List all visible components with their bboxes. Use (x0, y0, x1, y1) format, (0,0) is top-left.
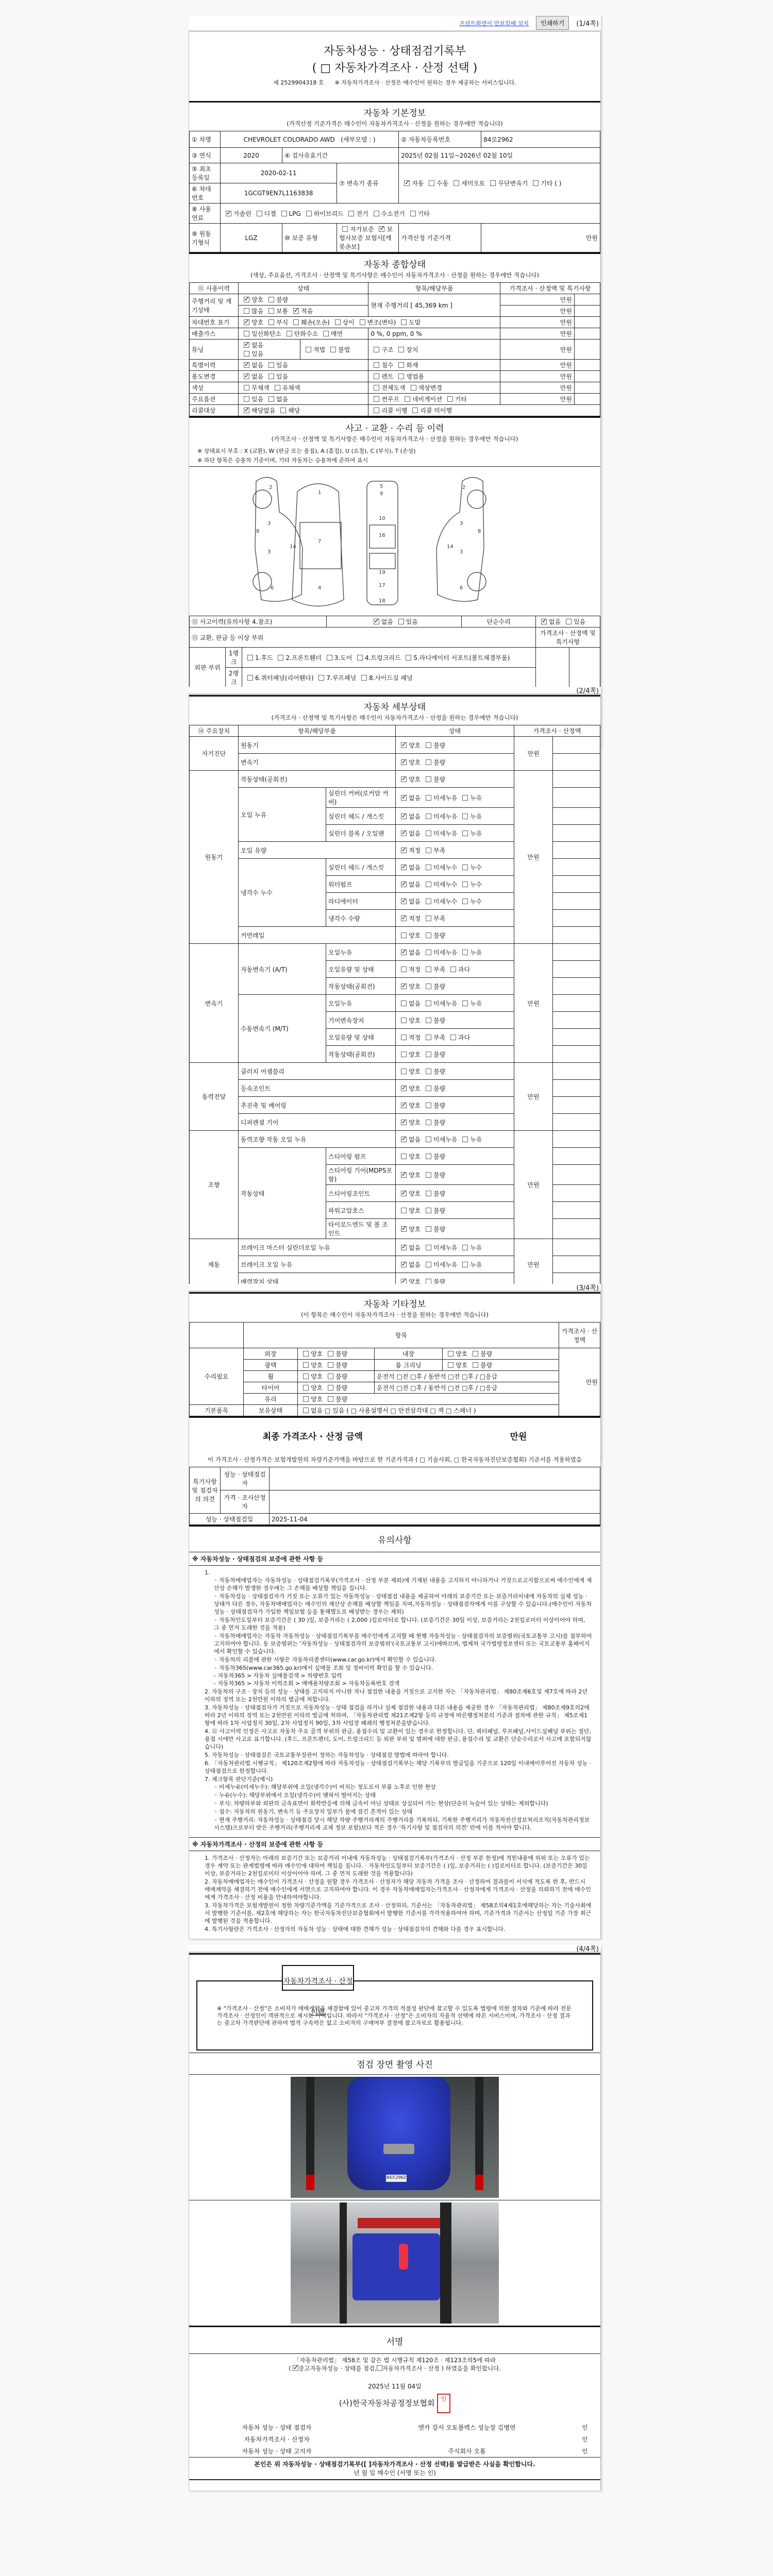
svg-text:17: 17 (379, 583, 385, 588)
checkbox[interactable] (360, 319, 365, 325)
checkbox[interactable] (426, 1226, 431, 1232)
warranty-notes: 1.자동차매매업자는 자동차성능 · 상태점검기록부(가격조사 · 산정 부분 … (189, 1566, 600, 1837)
checkbox[interactable] (244, 374, 249, 379)
checkbox[interactable] (462, 882, 468, 887)
svg-text:10: 10 (379, 516, 385, 521)
checkbox[interactable] (328, 1385, 333, 1391)
checkbox[interactable] (426, 865, 431, 870)
checkbox[interactable] (226, 211, 231, 216)
checkbox[interactable] (426, 1120, 431, 1125)
opinion-table: 특기사항 및 점검자의 의견성능 · 상태점검자 가격 · 조사산정자 성능 ·… (189, 1467, 600, 1525)
checkbox[interactable] (278, 655, 283, 660)
checkbox[interactable] (342, 226, 348, 232)
checkbox[interactable] (327, 655, 332, 660)
checkbox[interactable] (426, 933, 431, 938)
svg-text:3: 3 (267, 521, 271, 527)
checkbox[interactable] (426, 848, 431, 853)
photo-front: 84로2962 (291, 2077, 499, 2198)
checkbox[interactable] (244, 342, 249, 348)
checkbox[interactable] (426, 831, 431, 836)
svg-text:3: 3 (267, 549, 271, 555)
checkbox[interactable] (374, 374, 379, 379)
checkbox[interactable] (426, 984, 431, 989)
transmission-options: 자동 수동 세미오토 무단변속기 기타 ( ) (399, 163, 600, 204)
car-outline-icon: 2338146 174 591016191718 2338146 (241, 471, 550, 610)
svg-text:2: 2 (462, 485, 465, 490)
checkbox[interactable] (401, 795, 407, 801)
checkbox[interactable] (281, 211, 287, 216)
signature-table: 자동차 성능 · 상태 점검자엔카 강서 오토플렉스 성능장 김병연인자동차가격… (189, 2421, 600, 2457)
checkbox[interactable] (462, 1245, 468, 1250)
checkbox[interactable] (426, 1279, 431, 1284)
doc-subtitle: ( □ 자동차가격조사 · 산정 선택 ) (189, 58, 600, 78)
overall-section: 자동차 종합상태 (색상, 주요옵션, 가격조사 · 산정액 및 특기사항은 매… (189, 252, 600, 416)
checkbox[interactable] (401, 831, 407, 836)
checkbox[interactable] (306, 347, 311, 352)
overall-table: ⑪ 사용이력상태항목/해당부품가격조사 · 산정액 및 특기사항주행거리 및 계… (189, 282, 600, 416)
install-link[interactable]: 프린트화면이 안보일때 설치 (459, 19, 529, 27)
checkbox[interactable] (448, 1351, 453, 1357)
checkbox[interactable] (426, 899, 431, 904)
svg-text:1: 1 (318, 490, 321, 496)
checkbox[interactable] (398, 374, 404, 379)
checkbox[interactable] (247, 655, 253, 660)
checkbox[interactable] (401, 865, 407, 870)
checkbox[interactable] (244, 319, 249, 325)
checkbox[interactable] (244, 351, 249, 357)
checkbox[interactable] (401, 759, 407, 765)
checkbox[interactable] (426, 1069, 431, 1074)
svg-text:14: 14 (447, 544, 453, 550)
checkbox[interactable] (268, 396, 274, 402)
checkbox[interactable] (328, 1362, 333, 1368)
page-header: 프린트화면이 안보일때 설치 인쇄하기 (1/4쪽) (189, 15, 601, 32)
checkbox[interactable] (401, 814, 407, 819)
checkbox[interactable] (401, 1208, 407, 1213)
checkbox[interactable] (374, 362, 379, 368)
checkbox[interactable] (426, 742, 431, 748)
checkbox[interactable] (293, 308, 299, 314)
checkbox[interactable] (412, 408, 418, 413)
svg-text:3: 3 (460, 521, 463, 527)
svg-text:6: 6 (460, 585, 463, 591)
checkbox[interactable] (401, 776, 407, 782)
checkbox[interactable] (541, 619, 547, 624)
checkbox[interactable] (328, 1374, 333, 1379)
svg-text:8: 8 (256, 529, 259, 534)
checkbox[interactable] (318, 675, 324, 681)
checkbox[interactable] (293, 319, 299, 325)
checkbox[interactable] (426, 1018, 431, 1023)
checkbox[interactable] (398, 347, 404, 352)
warranty-options: 자가보증 보험사보증 보험사[캐롯손보] (337, 224, 399, 252)
issuer-org: (사)한국자동차공정정보협회 인 (189, 2391, 600, 2421)
checkbox[interactable] (462, 814, 468, 819)
checkbox[interactable] (426, 882, 431, 887)
svg-text:16: 16 (379, 533, 385, 538)
checkbox[interactable] (401, 1226, 407, 1232)
checkbox[interactable] (450, 1035, 456, 1040)
checkbox[interactable] (410, 211, 416, 216)
checkbox[interactable] (374, 408, 379, 413)
checkbox[interactable] (426, 1262, 431, 1267)
checkbox[interactable] (374, 385, 379, 391)
checkbox[interactable] (406, 655, 411, 660)
checkbox[interactable] (462, 1262, 468, 1267)
svg-text:19: 19 (379, 570, 385, 575)
checkbox[interactable] (426, 795, 431, 801)
checkbox[interactable] (287, 331, 292, 336)
final-price: 최종 가격조사 · 산정 금액만원 (189, 1416, 600, 1455)
checkbox[interactable] (328, 1351, 333, 1357)
checkbox[interactable] (303, 1362, 309, 1368)
checkbox[interactable] (328, 1396, 333, 1402)
checkbox[interactable] (401, 882, 407, 887)
checkbox[interactable] (401, 1001, 407, 1006)
checkbox[interactable] (374, 211, 379, 216)
checkbox[interactable] (401, 1120, 407, 1125)
pricing-box-title: 자동차가격조사 · 산정이란 (282, 1965, 354, 1991)
checkbox[interactable] (401, 1018, 407, 1023)
checkbox[interactable] (473, 1351, 478, 1357)
checkbox[interactable] (361, 675, 367, 681)
checkbox[interactable] (244, 362, 249, 368)
checkbox[interactable] (533, 180, 539, 186)
checkbox[interactable] (398, 362, 404, 368)
inspection-date: 2025-11-04 (270, 1514, 600, 1525)
checkbox[interactable] (426, 1191, 431, 1196)
checkbox[interactable] (244, 408, 249, 413)
checkbox[interactable] (405, 396, 410, 402)
checkbox[interactable] (401, 1245, 407, 1250)
checkbox[interactable] (401, 1262, 407, 1267)
checkbox[interactable] (462, 950, 468, 955)
checkbox[interactable] (244, 308, 249, 314)
svg-text:3: 3 (460, 549, 463, 555)
checkbox[interactable] (335, 319, 341, 325)
checkbox[interactable] (450, 967, 456, 972)
checkbox[interactable] (566, 619, 572, 624)
checkbox[interactable] (426, 916, 431, 921)
page-indicator: (1/4쪽) (576, 18, 599, 28)
checkbox[interactable] (401, 950, 407, 955)
doc-number: 제 2529904318 호 ※ 자동차가격조사 · 산정은 매수인이 원하는 … (189, 78, 600, 101)
checkbox[interactable] (426, 1035, 431, 1040)
checkbox[interactable] (426, 1172, 431, 1178)
checkbox[interactable] (401, 933, 407, 938)
svg-text:4: 4 (318, 585, 321, 591)
checkbox[interactable] (306, 211, 312, 216)
checkbox[interactable] (426, 776, 431, 782)
car-diagram: 2338146 174 591016191718 2338146 (189, 466, 600, 616)
checkbox[interactable] (411, 385, 416, 391)
price-checkbox[interactable] (377, 2365, 382, 2371)
checkbox[interactable] (398, 619, 404, 624)
checkbox[interactable] (401, 1035, 407, 1040)
checkbox[interactable] (374, 347, 379, 352)
checkbox[interactable] (244, 297, 249, 302)
checkbox[interactable] (348, 211, 354, 216)
doc-title: 자동차성능 · 상태점검기록부 (189, 32, 600, 58)
checkbox[interactable] (401, 1172, 407, 1178)
checkbox[interactable] (426, 1103, 431, 1108)
checkbox[interactable] (473, 1362, 478, 1368)
checkbox[interactable] (401, 1086, 407, 1091)
checkbox[interactable] (426, 814, 431, 819)
other-table: 항목가격조사 · 산정액수리필요외장양호 불량내장양호 불량만원광택양호 불량룸… (189, 1322, 600, 1416)
checkbox[interactable] (268, 319, 274, 325)
checkbox[interactable] (490, 180, 496, 186)
checkbox[interactable] (303, 1385, 309, 1391)
price-notes: 1. 가격조사 · 산정자는 아래의 보증기간 또는 보증거리 이내에 자동차성… (189, 1851, 600, 1939)
checkbox[interactable] (401, 848, 407, 853)
page-3: (3/4쪽) 자동차 기타정보 (이 항목은 매수인이 자동차가격조사 · 산정… (189, 1284, 601, 1939)
checkbox[interactable] (401, 319, 407, 325)
checkbox[interactable] (244, 331, 249, 336)
inspector-opinion (270, 1467, 600, 1490)
checkbox[interactable] (401, 1103, 407, 1108)
svg-text:2: 2 (269, 485, 272, 490)
checkbox[interactable] (426, 1086, 431, 1091)
checkbox[interactable] (426, 1154, 431, 1159)
checkbox[interactable] (268, 374, 274, 379)
pricing-info-box: ※ "가격조사 · 산정"은 소비자가 매매계약을 체결함에 있어 중고차 가격… (196, 1980, 593, 2050)
checkbox[interactable] (401, 742, 407, 748)
checkbox[interactable] (426, 1208, 431, 1213)
basic-info-section: 자동차 기본정보 (가격산정 기준가격은 매수인이 자동차가격조사 · 산정을 … (189, 101, 600, 252)
checkbox[interactable] (426, 950, 431, 955)
checkbox[interactable] (462, 1001, 468, 1006)
checkbox[interactable] (401, 899, 407, 904)
checkbox[interactable] (401, 1279, 407, 1284)
checkbox[interactable] (401, 1154, 407, 1159)
checkbox[interactable] (429, 180, 434, 186)
checkbox[interactable] (401, 916, 407, 921)
photo-rear (291, 2202, 499, 2324)
svg-text:8: 8 (478, 529, 481, 534)
checkbox[interactable] (247, 675, 253, 681)
checkbox[interactable] (280, 408, 286, 413)
checkbox[interactable] (426, 967, 431, 972)
checkbox[interactable] (275, 385, 280, 391)
svg-text:6: 6 (271, 585, 274, 591)
checkbox[interactable] (357, 655, 363, 660)
checkbox[interactable] (401, 984, 407, 989)
checkbox[interactable] (453, 180, 459, 186)
checkbox[interactable] (303, 1374, 309, 1379)
checkbox[interactable] (401, 1052, 407, 1057)
checkbox[interactable] (401, 1191, 407, 1196)
svg-text:7: 7 (318, 539, 321, 545)
checkbox[interactable] (244, 385, 249, 391)
checkbox[interactable] (462, 1137, 468, 1142)
checkbox[interactable] (303, 1351, 309, 1357)
checkbox[interactable] (303, 1396, 309, 1402)
svg-text:14: 14 (290, 544, 296, 550)
confirm-checkbox[interactable] (293, 2365, 298, 2371)
svg-text:18: 18 (379, 598, 385, 604)
checkbox[interactable] (426, 1137, 431, 1142)
checkbox[interactable] (404, 180, 410, 186)
checkbox[interactable] (374, 619, 379, 624)
checkbox[interactable] (448, 1362, 453, 1368)
checkbox[interactable] (426, 1052, 431, 1057)
checkbox[interactable] (330, 347, 336, 352)
checkbox[interactable] (447, 396, 453, 402)
page-4: (4/4쪽) ※ "가격조사 · 산정"은 소비자가 매매계약을 체결함에 있어… (189, 1945, 601, 2490)
checkbox[interactable] (379, 226, 384, 232)
pricer-opinion (270, 1490, 600, 1514)
page-1: 프린트화면이 안보일때 설치 인쇄하기 (1/4쪽) 자동차성능 · 상태점검기… (189, 15, 601, 748)
print-button[interactable]: 인쇄하기 (536, 16, 569, 30)
checkbox[interactable] (426, 1001, 431, 1006)
checkbox[interactable] (462, 831, 468, 836)
official-seal-icon: 인 (437, 2394, 450, 2413)
checkbox[interactable] (401, 1069, 407, 1074)
checkbox[interactable] (426, 759, 431, 765)
checkbox[interactable] (323, 331, 329, 336)
checkbox[interactable] (426, 1245, 431, 1250)
checkbox[interactable] (462, 899, 468, 904)
checkbox[interactable] (268, 297, 274, 302)
checkbox[interactable] (268, 308, 274, 314)
checkbox[interactable] (401, 1137, 407, 1142)
svg-text:5: 5 (380, 484, 383, 489)
checkbox[interactable] (462, 865, 468, 870)
checkbox[interactable] (244, 396, 249, 402)
fuel-options: 가솔린 디젤 LPG 하이브리드 전기 수소전기 기타 (221, 204, 600, 224)
checkbox[interactable] (268, 362, 274, 368)
checkbox[interactable] (374, 396, 379, 402)
basic-info-table: ① 차명CHEVROLET COLORADO AWD (세부모델 : )② 자동… (189, 131, 600, 252)
checkbox[interactable] (257, 211, 262, 216)
svg-text:9: 9 (380, 491, 383, 497)
checkbox[interactable] (462, 795, 468, 801)
checkbox[interactable] (401, 967, 407, 972)
